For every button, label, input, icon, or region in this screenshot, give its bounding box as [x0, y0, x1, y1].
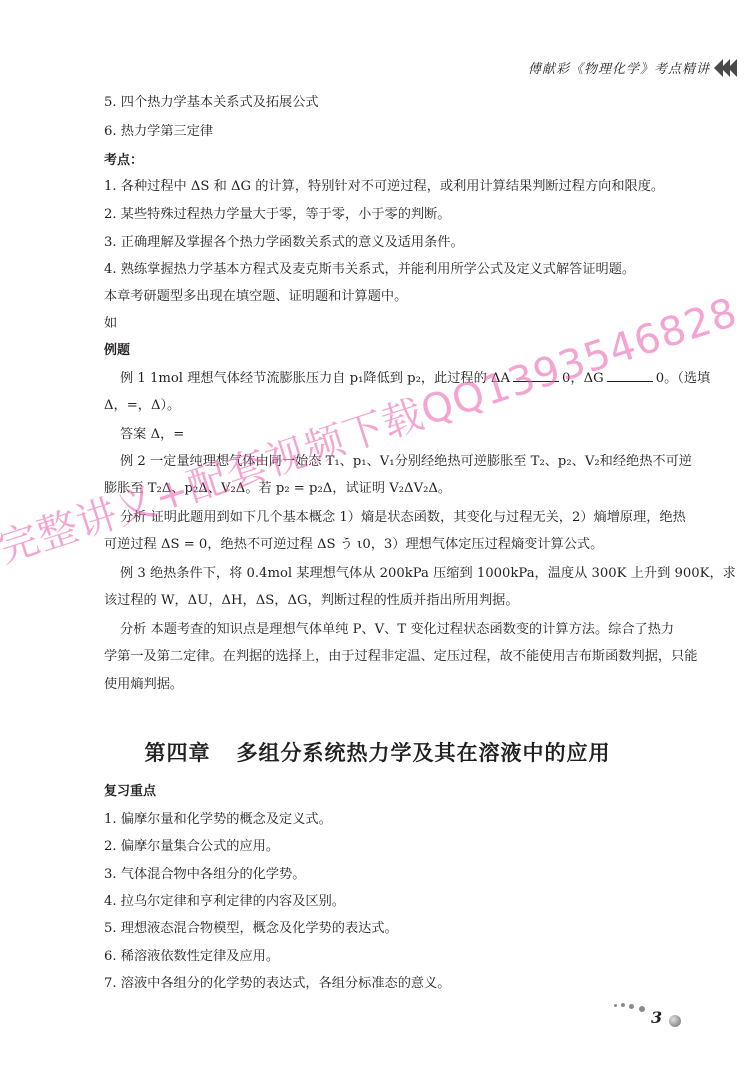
example-2-analysis-line-1: 分析 证明此题用到如下几个基本概念 1）熵是状态函数，其变化与过程无关，2）熵增… [120, 509, 686, 527]
list-item: 4. 熟练掌握热力学基本方程式及麦克斯韦关系式，并能利用所学公式及定义式解答证明… [104, 261, 635, 279]
running-header: 傅献彩《物理化学》考点精讲 [528, 58, 737, 77]
answer-blank [607, 370, 653, 382]
summary-text: 本章考研题型多出现在填空题、证明题和计算题中。 [104, 288, 407, 306]
key-points-heading: 考点： [104, 152, 143, 170]
answer-blank [513, 370, 559, 382]
list-item: 5. 四个热力学基本关系式及拓展公式 [104, 94, 319, 112]
example-3-analysis-line-1: 分析 本题考查的知识点是理想气体单纯 P、V、T 变化过程状态函数变的计算方法。… [120, 621, 674, 639]
example-1-text-b: 0，ΔG [562, 371, 604, 386]
list-item: 2. 某些特殊过程热力学量大于零，等于零，小于零的判断。 [104, 206, 450, 224]
example-3-analysis-line-3: 使用熵判据。 [104, 676, 183, 694]
review-heading: 复习重点 [104, 783, 156, 801]
example-1-answer: 答案 Δ，= [120, 426, 184, 444]
example-1-line-1: 例 1 1mol 理想气体经节流膨胀压力自 p₁降低到 p₂，此过程的 ΔA0，… [120, 370, 710, 388]
ru-text: 如 [104, 315, 117, 333]
chapter-name: 多组分系统热力学及其在溶液中的应用 [237, 740, 611, 765]
examples-heading: 例题 [104, 342, 130, 360]
example-3-line-1: 例 3 绝热条件下，将 0.4mol 某理想气体从 200kPa 压缩到 100… [120, 565, 736, 583]
chapter-title: 第四章多组分系统热力学及其在溶液中的应用 [0, 737, 755, 767]
page-number: 3 [651, 1008, 662, 1027]
list-item: 4. 拉乌尔定律和亨利定律的内容及区别。 [104, 893, 345, 911]
list-item: 7. 溶液中各组分的化学势的表达式，各组分标准态的意义。 [104, 975, 450, 993]
list-item: 1. 偏摩尔量和化学势的概念及定义式。 [104, 811, 332, 829]
triple-left-arrow-icon [716, 59, 737, 77]
example-3-line-2: 该过程的 W，ΔU，ΔH，ΔS，ΔG，判断过程的性质并指出所用判据。 [104, 592, 519, 610]
example-2-line-2: 膨胀至 T₂Δ、p₂Δ、V₂Δ。若 p₂ = p₂Δ，试证明 V₂ΔV₂Δ。 [104, 480, 451, 498]
example-3-analysis-line-2: 学第一及第二定律。在判据的选择上，由于过程非定温、定压过程，故不能使用吉布斯函数… [104, 648, 697, 666]
list-item: 3. 正确理解及掌握各个热力学函数关系式的意义及适用条件。 [104, 234, 464, 252]
example-1-line-2: Δ，=，Δ）。 [104, 397, 180, 415]
list-item: 3. 气体混合物中各组分的化学势。 [104, 866, 305, 884]
example-2-line-1: 例 2 一定量纯理想气体由同一始态 T₁、p₁、V₁分别经绝热可逆膨胀至 T₂、… [120, 453, 692, 471]
list-item: 5. 理想液态混合物模型，概念及化学势的表达式。 [104, 920, 398, 938]
example-1-text-a: 例 1 1mol 理想气体经节流膨胀压力自 p₁降低到 p₂，此过程的 ΔA [120, 371, 510, 386]
example-1-text-c: 0。（选填 [656, 371, 711, 386]
example-2-analysis-line-2: 可逆过程 ΔS = 0，绝热不可逆过程 ΔS う ι0，3）理想气体定压过程熵变… [104, 536, 603, 554]
list-item: 2. 偏摩尔量集合公式的应用。 [104, 838, 279, 856]
document-page: 傅献彩《物理化学》考点精讲 5. 四个热力学基本关系式及拓展公式 6. 热力学第… [0, 0, 755, 1084]
running-title: 傅献彩《物理化学》考点精讲 [528, 58, 710, 77]
page-number-dots-decoration [612, 1000, 682, 1030]
list-item: 6. 热力学第三定律 [104, 123, 213, 141]
chapter-number: 第四章 [145, 740, 211, 765]
list-item: 6. 稀溶液依数性定律及应用。 [104, 948, 279, 966]
list-item: 1. 各种过程中 ΔS 和 ΔG 的计算，特别针对不可逆过程，或利用计算结果判断… [104, 178, 664, 196]
